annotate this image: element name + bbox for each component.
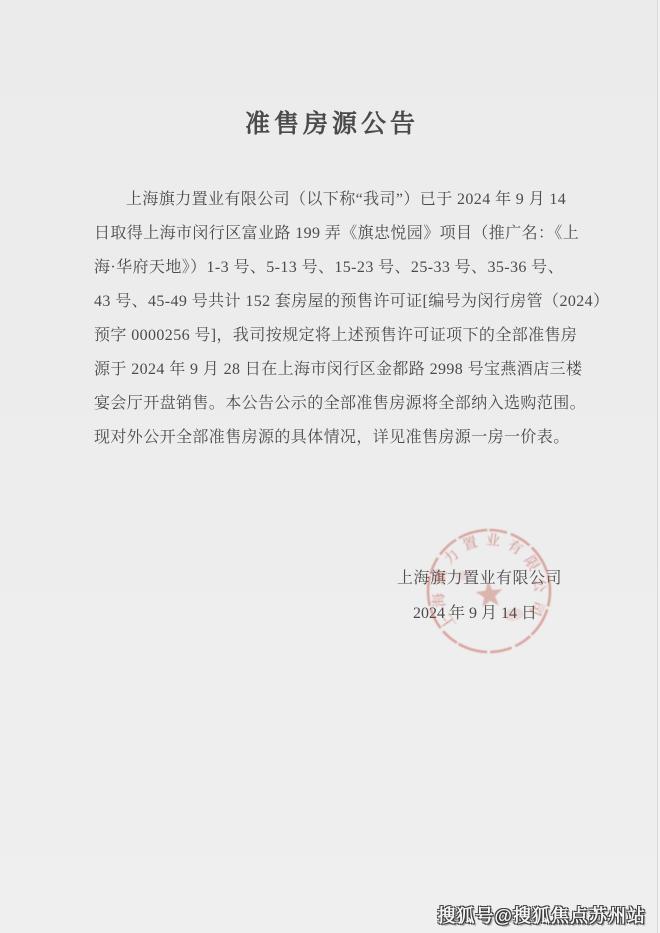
announcement-page: 准售房源公告 上海旗力置业有限公司（以下称“我司”）已于 2024 年 9 月 … <box>0 0 660 933</box>
announcement-body: 上海旗力置业有限公司（以下称“我司”）已于 2024 年 9 月 14 日取得上… <box>94 183 561 455</box>
body-line: 海·华府天地》）1-3 号、5-13 号、15-23 号、25-33 号、35-… <box>94 251 561 285</box>
body-line: 预字 0000256 号]，我司按规定将上述预售许可证项下的全部准售房 <box>94 319 561 353</box>
page-scan-edge-line <box>657 0 658 933</box>
signature-date: 2024 年 9 月 14 日 <box>397 600 553 623</box>
body-line: 现对外公开全部准售房源的具体情况，详见准售房源一房一价表。 <box>94 421 561 455</box>
body-line: 宴会厅开盘销售。本公告公示的全部准售房源将全部纳入选购范围。 <box>94 387 561 421</box>
signature-company: 上海旗力置业有限公司 <box>397 565 553 588</box>
body-line: 源于 2024 年 9 月 28 日在上海市闵行区金都路 2998 号宝燕酒店三… <box>94 353 561 387</box>
body-line: 日取得上海市闵行区富业路 199 弄《旗忠悦园》项目（推广名：《上 <box>94 217 561 251</box>
body-line: 上海旗力置业有限公司（以下称“我司”）已于 2024 年 9 月 14 <box>94 183 561 217</box>
page-title: 准售房源公告 <box>0 104 660 140</box>
body-line: 43 号、45-49 号共计 152 套房屋的预售许可证[编号为闵行房管（202… <box>94 285 561 319</box>
sohu-watermark: 搜狐号@搜狐焦点苏州站 <box>437 902 646 928</box>
company-seal-stamp-icon: 上海旗力置业有限公司 <box>419 521 559 661</box>
